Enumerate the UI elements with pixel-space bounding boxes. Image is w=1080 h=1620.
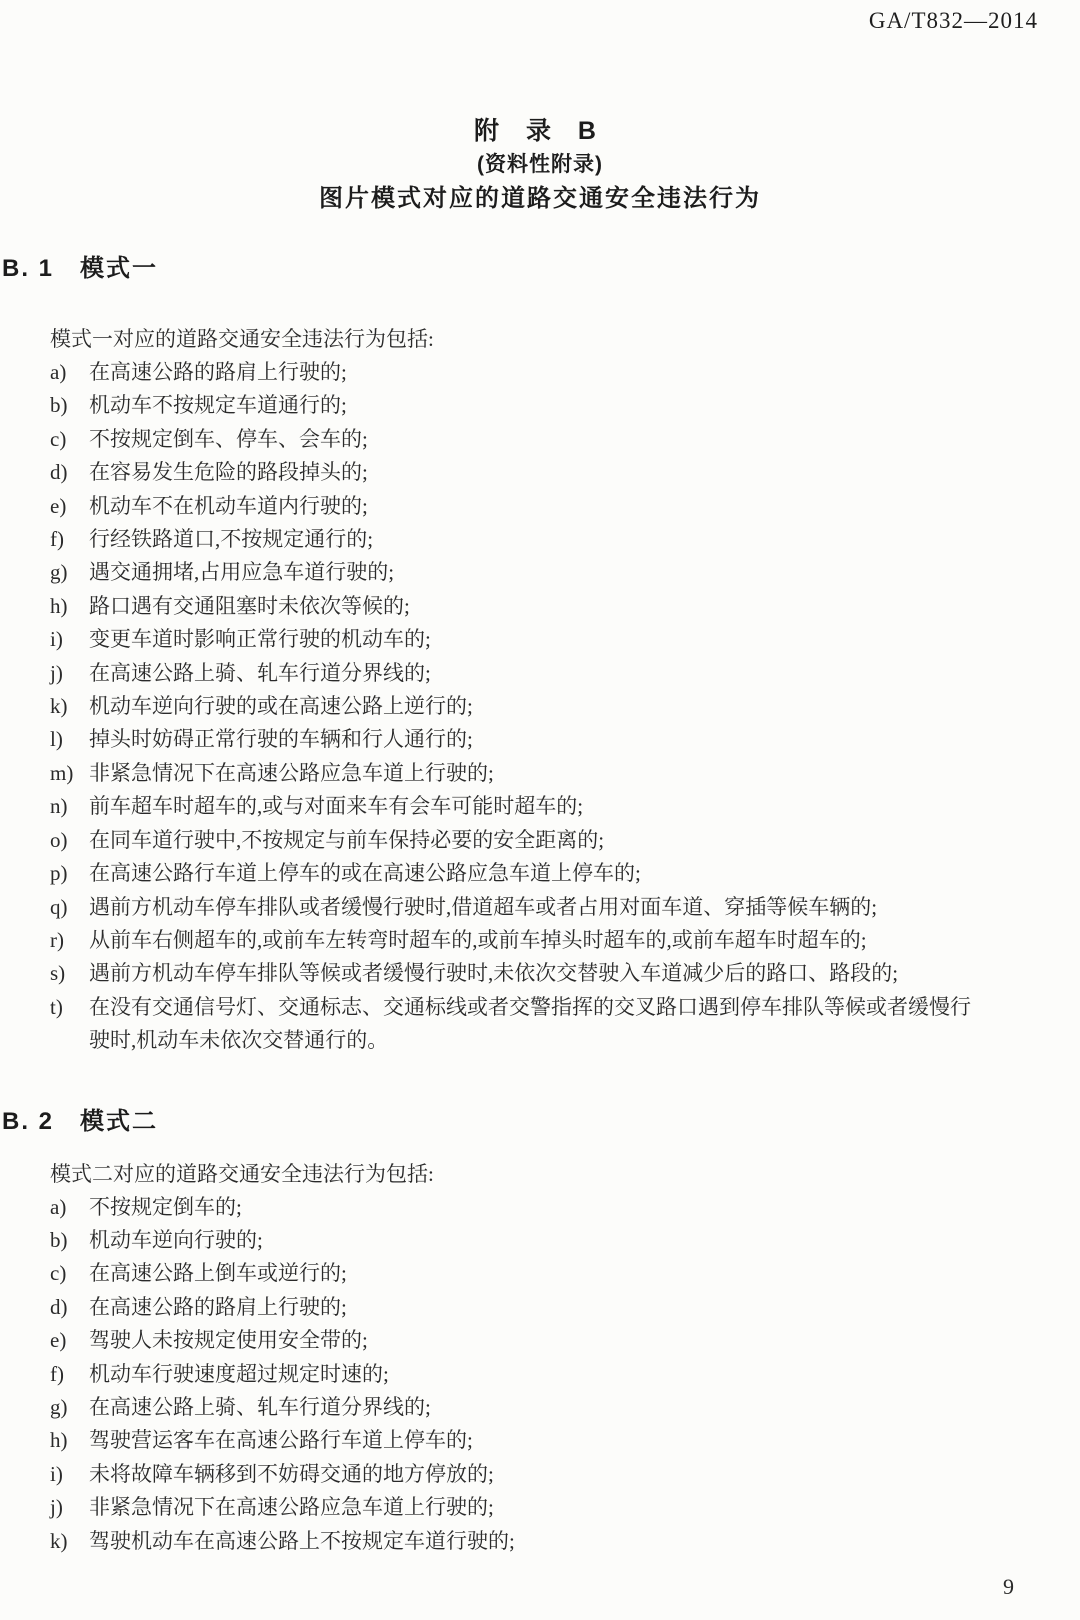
item-label: c): [50, 1257, 89, 1290]
item-label: a): [50, 356, 89, 389]
item-label: j): [50, 657, 89, 690]
item-label: b): [50, 1224, 89, 1257]
list-item: s) 遇前方机动车停车排队等候或者缓慢行驶时,未依次交替驶入车道减少后的路口、路…: [50, 957, 1066, 990]
list-item: b) 机动车不按规定车道通行的;: [50, 389, 1066, 422]
appendix-title-block: 附 录 B (资料性附录) 图片模式对应的道路交通安全违法行为: [0, 116, 1080, 214]
list-item: f) 行经铁路道口,不按规定通行的;: [50, 523, 1066, 556]
page-number: 9: [1003, 1574, 1014, 1600]
item-text: 路口遇有交通阻塞时未依次等候的;: [89, 590, 971, 623]
item-label: j): [50, 1491, 89, 1524]
item-text: 遇前方机动车停车排队或者缓慢行驶时,借道超车或者占用对面车道、穿插等候车辆的;: [89, 891, 971, 924]
item-text: 机动车行驶速度超过规定时速的;: [89, 1358, 971, 1391]
list-item: h) 路口遇有交通阻塞时未依次等候的;: [50, 590, 1066, 623]
document-page: GA/T832—2014 附 录 B (资料性附录) 图片模式对应的道路交通安全…: [0, 0, 1080, 1620]
list-item: g) 遇交通拥堵,占用应急车道行驶的;: [50, 556, 1066, 589]
list-item: d) 在容易发生危险的路段掉头的;: [50, 456, 1066, 489]
item-label: t): [50, 991, 89, 1058]
item-text: 在高速公路上骑、轧车行道分界线的;: [89, 657, 971, 690]
item-text: 遇交通拥堵,占用应急车道行驶的;: [89, 556, 971, 589]
list-item: j) 非紧急情况下在高速公路应急车道上行驶的;: [50, 1491, 1066, 1524]
section-number: B. 2: [2, 1108, 54, 1136]
item-text: 非紧急情况下在高速公路应急车道上行驶的;: [89, 1491, 971, 1524]
item-text: 遇前方机动车停车排队等候或者缓慢行驶时,未依次交替驶入车道减少后的路口、路段的;: [89, 957, 971, 990]
list-item: r) 从前车右侧超车的,或前车左转弯时超车的,或前车掉头时超车的,或前车超车时超…: [50, 924, 1066, 957]
list-item: g) 在高速公路上骑、轧车行道分界线的;: [50, 1391, 1066, 1424]
item-text: 驾驶人未按规定使用安全带的;: [89, 1324, 971, 1357]
appendix-heading: 图片模式对应的道路交通安全违法行为: [0, 184, 1080, 214]
item-text: 在高速公路行车道上停车的或在高速公路应急车道上停车的;: [89, 857, 971, 890]
item-label: g): [50, 1391, 89, 1424]
item-label: s): [50, 957, 89, 990]
list-item: l) 掉头时妨碍正常行驶的车辆和行人通行的;: [50, 723, 1066, 756]
item-text: 机动车不按规定车道通行的;: [89, 389, 971, 422]
section-b2: B. 2 模式二 模式二对应的道路交通安全违法行为包括: a) 不按规定倒车的;…: [2, 1108, 1066, 1558]
item-text: 不按规定倒车、停车、会车的;: [89, 423, 971, 456]
list-item: n) 前车超车时超车的,或与对面来车有会车可能时超车的;: [50, 790, 1066, 823]
item-text: 掉头时妨碍正常行驶的车辆和行人通行的;: [89, 723, 971, 756]
list-item: f) 机动车行驶速度超过规定时速的;: [50, 1358, 1066, 1391]
item-text: 在高速公路上骑、轧车行道分界线的;: [89, 1391, 971, 1424]
item-label: k): [50, 690, 89, 723]
item-label: g): [50, 556, 89, 589]
list-item: e) 机动车不在机动车道内行驶的;: [50, 490, 1066, 523]
item-text: 在容易发生危险的路段掉头的;: [89, 456, 971, 489]
main-content: B. 1 模式一 模式一对应的道路交通安全违法行为包括: a) 在高速公路的路肩…: [2, 255, 1066, 1558]
list-item: h) 驾驶营运客车在高速公路行车道上停车的;: [50, 1424, 1066, 1457]
item-text: 在高速公路的路肩上行驶的;: [89, 356, 971, 389]
list-item: a) 在高速公路的路肩上行驶的;: [50, 356, 1066, 389]
item-label: f): [50, 523, 89, 556]
list-item: o) 在同车道行驶中,不按规定与前车保持必要的安全距离的;: [50, 824, 1066, 857]
item-label: c): [50, 423, 89, 456]
item-label: a): [50, 1191, 89, 1224]
list-item: c) 不按规定倒车、停车、会车的;: [50, 423, 1066, 456]
list-item: e) 驾驶人未按规定使用安全带的;: [50, 1324, 1066, 1357]
section-heading: B. 2 模式二: [2, 1108, 1066, 1136]
section-intro: 模式二对应的道路交通安全违法行为包括:: [50, 1158, 1066, 1191]
section-intro: 模式一对应的道路交通安全违法行为包括:: [50, 323, 1066, 356]
item-label: n): [50, 790, 89, 823]
item-text: 驾驶机动车在高速公路上不按规定车道行驶的;: [89, 1525, 971, 1558]
list-item: d) 在高速公路的路肩上行驶的;: [50, 1291, 1066, 1324]
item-label: d): [50, 456, 89, 489]
section-b1: B. 1 模式一 模式一对应的道路交通安全违法行为包括: a) 在高速公路的路肩…: [2, 255, 1066, 1058]
appendix-subtitle: (资料性附录): [0, 152, 1080, 178]
item-label: d): [50, 1291, 89, 1324]
item-text: 机动车逆向行驶的;: [89, 1224, 971, 1257]
item-label: i): [50, 623, 89, 656]
list-item: p) 在高速公路行车道上停车的或在高速公路应急车道上停车的;: [50, 857, 1066, 890]
list-item: k) 驾驶机动车在高速公路上不按规定车道行驶的;: [50, 1525, 1066, 1558]
item-text: 变更车道时影响正常行驶的机动车的;: [89, 623, 971, 656]
item-text: 未将故障车辆移到不妨碍交通的地方停放的;: [89, 1458, 971, 1491]
item-label: k): [50, 1525, 89, 1558]
item-text: 非紧急情况下在高速公路应急车道上行驶的;: [89, 757, 971, 790]
item-label: m): [50, 757, 89, 790]
item-text: 机动车逆向行驶的或在高速公路上逆行的;: [89, 690, 971, 723]
item-label: e): [50, 1324, 89, 1357]
item-text: 驾驶营运客车在高速公路行车道上停车的;: [89, 1424, 971, 1457]
item-text: 不按规定倒车的;: [89, 1191, 971, 1224]
item-text: 前车超车时超车的,或与对面来车有会车可能时超车的;: [89, 790, 971, 823]
list-item: a) 不按规定倒车的;: [50, 1191, 1066, 1224]
list-item: b) 机动车逆向行驶的;: [50, 1224, 1066, 1257]
list-item: q) 遇前方机动车停车排队或者缓慢行驶时,借道超车或者占用对面车道、穿插等候车辆…: [50, 891, 1066, 924]
item-label: r): [50, 924, 89, 957]
violation-list-mode2: a) 不按规定倒车的; b) 机动车逆向行驶的; c) 在高速公路上倒车或逆行的…: [2, 1191, 1066, 1558]
appendix-title: 附 录 B: [0, 116, 1080, 146]
section-title: 模式二: [80, 1108, 158, 1136]
list-item: i) 变更车道时影响正常行驶的机动车的;: [50, 623, 1066, 656]
item-label: e): [50, 490, 89, 523]
item-text: 在高速公路的路肩上行驶的;: [89, 1291, 971, 1324]
item-label: q): [50, 891, 89, 924]
item-text: 机动车不在机动车道内行驶的;: [89, 490, 971, 523]
item-label: o): [50, 824, 89, 857]
item-label: p): [50, 857, 89, 890]
item-label: h): [50, 1424, 89, 1457]
item-label: f): [50, 1358, 89, 1391]
item-label: b): [50, 389, 89, 422]
item-label: h): [50, 590, 89, 623]
item-text: 在同车道行驶中,不按规定与前车保持必要的安全距离的;: [89, 824, 971, 857]
section-heading: B. 1 模式一: [2, 255, 1066, 283]
list-item: t) 在没有交通信号灯、交通标志、交通标线或者交警指挥的交叉路口遇到停车排队等候…: [50, 991, 1066, 1058]
item-text: 在没有交通信号灯、交通标志、交通标线或者交警指挥的交叉路口遇到停车排队等候或者缓…: [89, 991, 971, 1058]
item-label: l): [50, 723, 89, 756]
list-item: c) 在高速公路上倒车或逆行的;: [50, 1257, 1066, 1290]
violation-list-mode1: a) 在高速公路的路肩上行驶的; b) 机动车不按规定车道通行的; c) 不按规…: [2, 356, 1066, 1058]
item-text: 从前车右侧超车的,或前车左转弯时超车的,或前车掉头时超车的,或前车超车时超车的;: [89, 924, 971, 957]
section-title: 模式一: [80, 255, 158, 283]
list-item: i) 未将故障车辆移到不妨碍交通的地方停放的;: [50, 1458, 1066, 1491]
list-item: j) 在高速公路上骑、轧车行道分界线的;: [50, 657, 1066, 690]
item-text: 行经铁路道口,不按规定通行的;: [89, 523, 971, 556]
item-text: 在高速公路上倒车或逆行的;: [89, 1257, 971, 1290]
list-item: k) 机动车逆向行驶的或在高速公路上逆行的;: [50, 690, 1066, 723]
section-number: B. 1: [2, 255, 54, 283]
item-label: i): [50, 1458, 89, 1491]
list-item: m) 非紧急情况下在高速公路应急车道上行驶的;: [50, 757, 1066, 790]
standard-number: GA/T832—2014: [869, 8, 1038, 34]
